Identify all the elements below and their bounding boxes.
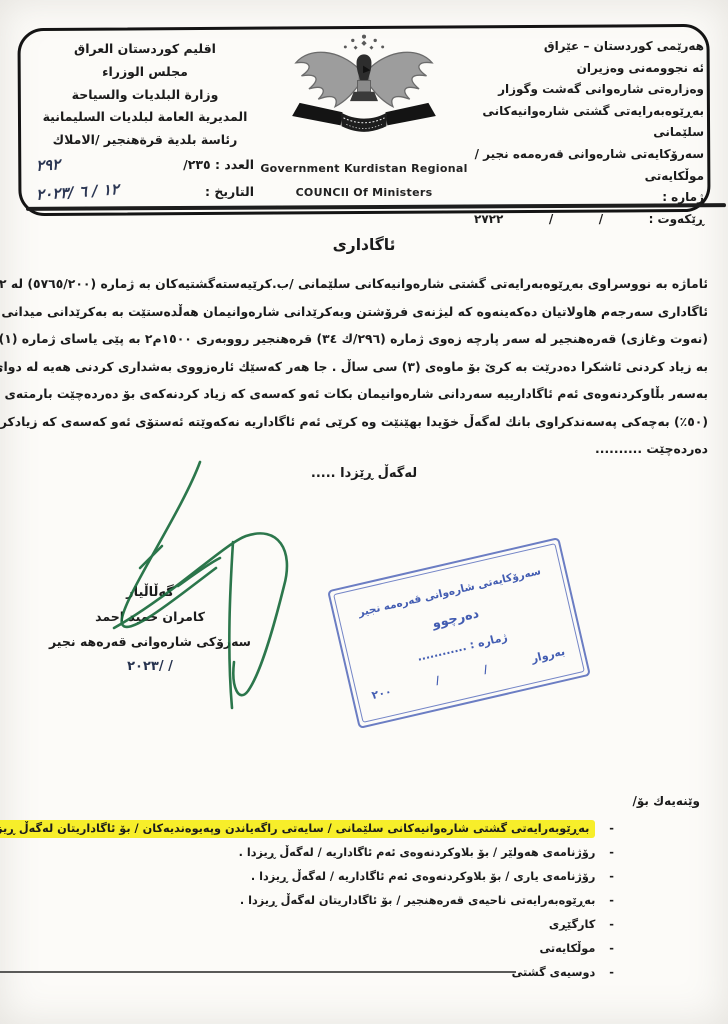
- copy-item-text: رۆژنامەی هەولێر / بۆ بلاوکردنەوەی ئەم ئا…: [239, 846, 596, 859]
- copy-item: - بەڕێوبەرایەتی گشتی شارەوانیەکانی سلێما…: [10, 817, 614, 841]
- body-line: ئاماژە بە نووسراوی بەڕێوەبەرایەتی گشتی ش…: [24, 270, 708, 298]
- copies-section: وێنەیەك بۆ/ - بەڕێوبەرایەتی گشتی شارەوان…: [10, 794, 700, 985]
- letterhead-left-block: اقليم كوردستان العراق مجلس الوزراء وزارة…: [30, 38, 260, 206]
- copy-item: - رۆژنامەی یاری / بۆ بلاوکردنەوەی ئەم ئا…: [10, 865, 614, 889]
- ref-number-label: ژمارە :: [662, 190, 704, 204]
- letterhead-left-line: اقليم كوردستان العراق: [30, 38, 260, 61]
- signatory-position: سەرۆکی شارەوانی قەرەهە نجیر: [30, 630, 270, 654]
- letterhead-right-line: ئە نجوومەنی وەزیران: [448, 58, 704, 80]
- body-line: (٥٠٪) بەچەکی پەسەندکراوی بانك لەگەڵ خۆید…: [24, 408, 708, 436]
- bullet-dash: -: [609, 889, 614, 913]
- bullet-dash: -: [609, 937, 614, 961]
- letterhead-left-line: وزارة البلديات والسياحة: [30, 84, 260, 107]
- scanned-official-letter: اقليم كوردستان العراق مجلس الوزراء وزارة…: [0, 0, 728, 1024]
- kurdistan-emblem-icon: [282, 32, 446, 144]
- slash-separator: /: [549, 209, 553, 231]
- copy-item-text: بەڕێوەبەرایەتی ناحیەی قەرەهنجیر / بۆ ئاگ…: [240, 894, 595, 907]
- signatory-title: گەڵاڵیار: [30, 580, 270, 605]
- copy-item: - کارگێڕی: [10, 913, 614, 937]
- stamp-date-label: بەروار: [530, 645, 566, 665]
- letterhead-right-block: هەرێمی کوردستان – عێراق ئە نجوومەنی وەزی…: [448, 36, 704, 230]
- copy-item-text-highlighted: بەڕێوبەرایەتی گشتی شارەوانیەکانی سلێمانی…: [0, 820, 595, 838]
- letterhead-right-line: هەرێمی کوردستان – عێراق: [448, 36, 704, 58]
- bottom-rule: [0, 971, 516, 973]
- copy-item: - رۆژنامەی هەولێر / بۆ بلاوکردنەوەی ئەم …: [10, 841, 614, 865]
- letterhead-right-line: وەزارەتی شارەوانی گەشت وگوزار: [448, 79, 704, 101]
- bullet-dash: -: [609, 961, 614, 985]
- issue-number-value-handwritten: ٢٩٢: [35, 151, 61, 180]
- sun-rays-icon: [344, 35, 384, 50]
- ref-date-row: ڕێکەوت : / / ٢٧٢٢: [474, 209, 704, 231]
- ribbon-banner-icon: [292, 103, 436, 132]
- letterhead-left-line: مجلس الوزراء: [30, 61, 260, 84]
- closing-salutation: لەگەڵ ڕێزدا .....: [0, 466, 728, 481]
- body-line: بە زیاد کردنی ئاشکرا دەدرێت بە کرێ بۆ ما…: [24, 353, 708, 381]
- stamp-inner-border: سەرۆکایەتی شارەوانی قەرەمە نجیر دەرچوو ژ…: [333, 543, 585, 723]
- ref-date-value: ٢٧٢٢: [474, 209, 503, 231]
- stamp-date-value: ٢٠٠: [370, 685, 393, 702]
- letterhead-right-line: بەڕێوەبەرایەتی گشتی شارەوانیەکانی سلێمان…: [448, 101, 704, 144]
- body-line: بەسەر بڵاوکردنەوەی ئەم ئاگاداریيە سەردان…: [24, 380, 708, 408]
- copy-item: - دوسیەی گشتی: [10, 961, 614, 985]
- issue-date-row: التاريخ : ٢٠٢٣/ ٦ / ١٢: [30, 179, 260, 206]
- letterhead-left-line: المديرية العامة لبلديات السليمانية: [30, 106, 260, 129]
- notice-title: ئاگاداری: [0, 236, 728, 254]
- slash-separator: /: [599, 209, 603, 231]
- letterhead-left-line: رئاسة بلدية قرةهنجير /الاملاك: [30, 129, 260, 152]
- slash-separator: /: [482, 663, 489, 677]
- ref-date-label: ڕێکەوت :: [649, 209, 704, 231]
- issue-number-row: العدد : ٢٣٥/ ٢٩٢: [30, 152, 260, 179]
- bullet-dash: -: [609, 841, 614, 865]
- copy-item: - موڵکایەتی: [10, 937, 614, 961]
- body-line: (نەوت وغازی) قەرەهنجیر لە سەر پارچە زەوی…: [24, 325, 708, 353]
- copy-item-text: کارگێڕی: [549, 918, 596, 931]
- bullet-dash: -: [609, 865, 614, 889]
- body-line: ئاگاداری سەرجەم هاولاتیان دەکەینەوە کە ل…: [24, 298, 708, 326]
- slash-separator: /: [434, 674, 441, 688]
- official-stamp: سەرۆکایەتی شارەوانی قەرەمە نجیر دەرچوو ژ…: [327, 537, 591, 729]
- body-line: دەردەچێت ..........: [24, 435, 708, 463]
- copy-item-text: رۆژنامەی یاری / بۆ بلاوکردنەوەی ئەم ئاگا…: [251, 870, 596, 883]
- copy-item-text: دوسیەی گشتی: [512, 966, 596, 979]
- stamp-date-row: بەروار / / ٢٠٠: [365, 644, 573, 704]
- bullet-dash: -: [609, 817, 614, 841]
- copy-item-text: موڵکایەتی: [539, 942, 595, 955]
- signatory-name: کامران حمید احمد: [30, 605, 270, 629]
- copy-item: - بەڕێوەبەرایەتی ناحیەی قەرەهنجیر / بۆ ئ…: [10, 889, 614, 913]
- letterhead-right-line: سەرۆکایەتی شارەوانی قەرەمەە نجیر /موڵکای…: [448, 144, 704, 187]
- notice-body: ئاماژە بە نووسراوی بەڕێوەبەرایەتی گشتی ش…: [24, 270, 708, 463]
- bullet-dash: -: [609, 913, 614, 937]
- signature-block: گەڵاڵیار کامران حمید احمد سەرۆکی شارەوان…: [30, 580, 270, 679]
- issue-date-value-handwritten: ٢٠٢٣/ ٦ / ١٢: [35, 176, 120, 209]
- signature-date-handwritten: ٢٠٢٣/ /: [30, 654, 270, 679]
- copies-heading: وێنەیەك بۆ/: [10, 794, 700, 808]
